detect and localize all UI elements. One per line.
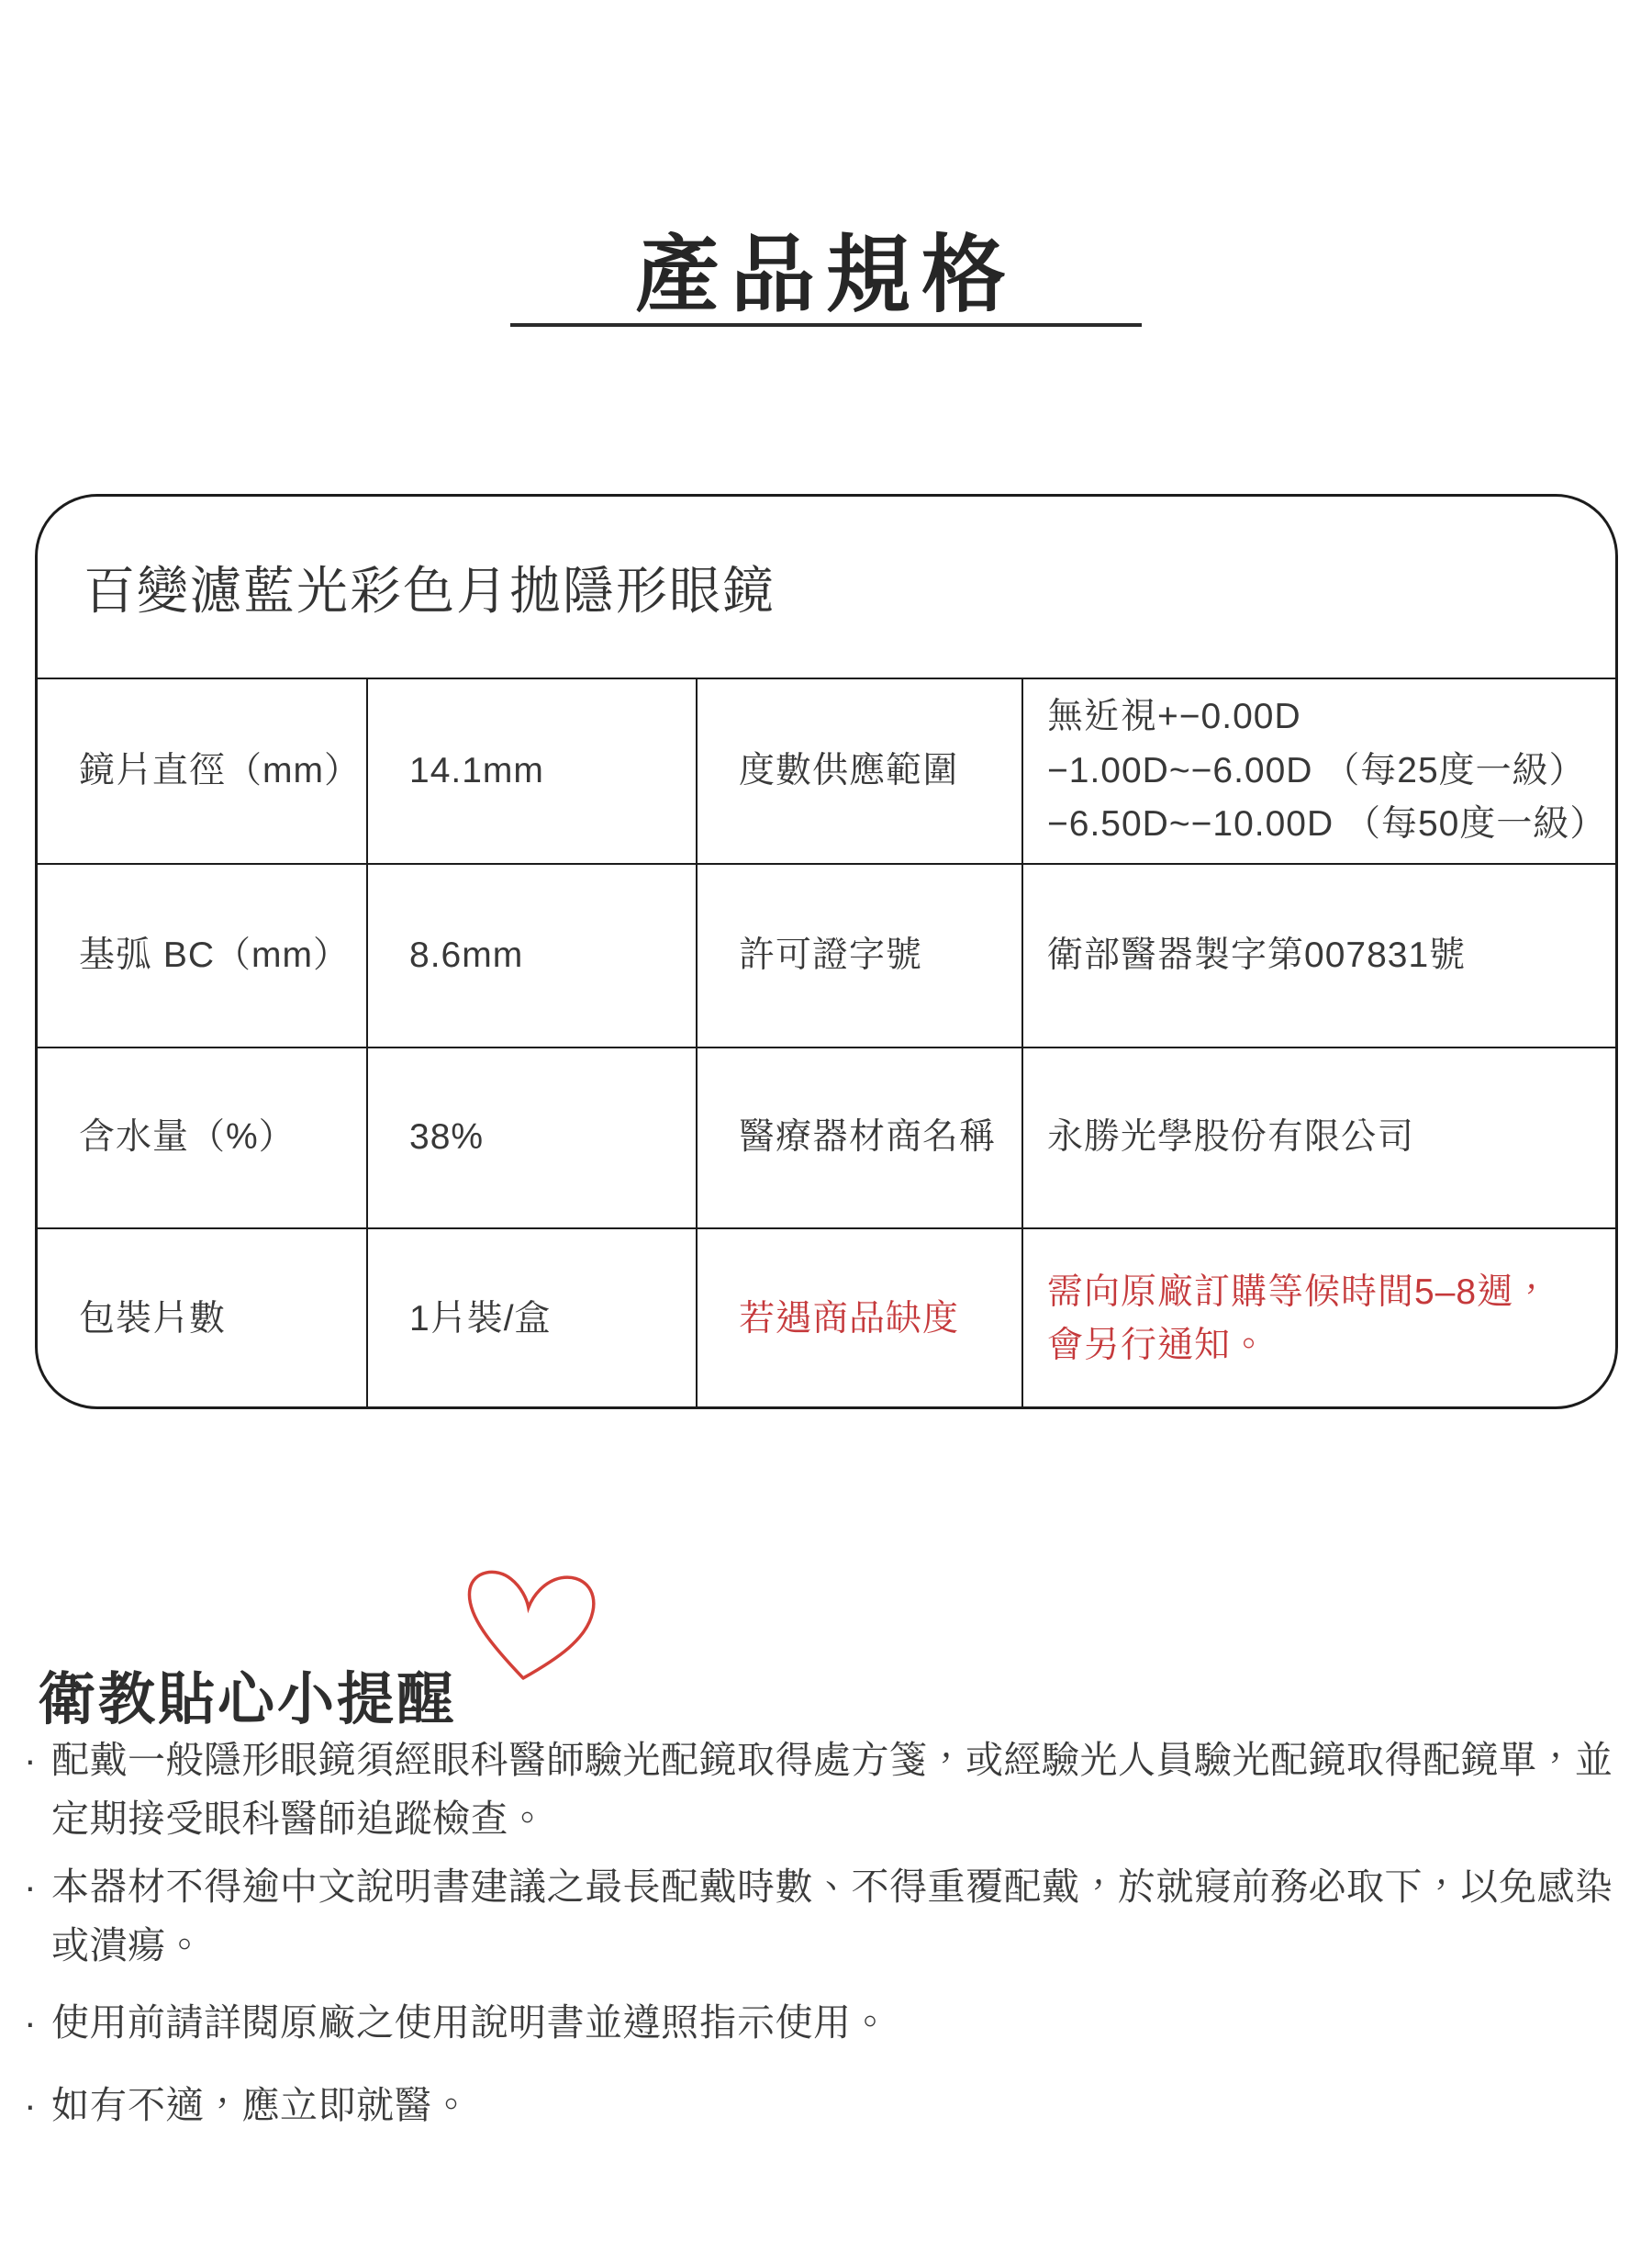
note-item: · 如有不適，應立即就醫。 xyxy=(24,2077,1639,2135)
note-text: 本器材不得逾中文說明書建議之最長配戴時數、不得重覆配戴，於就寢前務必取下，以免感… xyxy=(51,1858,1639,1975)
note-item: · 本器材不得逾中文說明書建議之最長配戴時數、不得重覆配戴，於就寢前務必取下，以… xyxy=(24,1858,1639,1975)
heart-outline-icon xyxy=(444,1556,610,1696)
spec-label-base-curve: 基弧 BC（mm） xyxy=(38,863,366,1047)
spec-label-license-no: 許可證字號 xyxy=(696,863,1021,1047)
spec-table: 百變濾藍光彩色月拋隱形眼鏡 鏡片直徑（mm） 14.1mm 度數供應範圍 無近視… xyxy=(35,494,1618,1409)
note-item: · 使用前請詳閱原廠之使用說明書並遵照指示使用。 xyxy=(24,1994,1639,2053)
note-text: 配戴一般隱形眼鏡須經眼科醫師驗光配鏡取得處方箋，或經驗光人員驗光配鏡取得配鏡單，… xyxy=(51,1731,1639,1848)
product-spec-page: 產品規格 百變濾藍光彩色月拋隱形眼鏡 鏡片直徑（mm） 14.1mm 度數供應範… xyxy=(0,0,1652,2263)
spec-label-diameter: 鏡片直徑（mm） xyxy=(38,678,366,863)
bullet-dot: · xyxy=(24,1731,51,1790)
spec-value-water-content: 38% xyxy=(366,1047,696,1227)
power-range-line: −1.00D~−6.00D （每25度一級） xyxy=(1047,745,1597,799)
spec-label-power-range: 度數供應範圍 xyxy=(696,678,1021,863)
out-of-stock-line: 需向原廠訂購等候時間5–8週， xyxy=(1047,1266,1597,1320)
power-range-line: −6.50D~−10.00D （每50度一級） xyxy=(1047,798,1597,852)
spec-value-pack-count: 1片裝/盒 xyxy=(366,1227,696,1409)
power-range-line: 無近視+−0.00D xyxy=(1047,690,1597,745)
spec-label-pack-count: 包裝片數 xyxy=(38,1227,366,1409)
spec-label-water-content: 含水量（%） xyxy=(38,1047,366,1227)
spec-label-vendor-name: 醫療器材商名稱 xyxy=(696,1047,1021,1227)
spec-grid: 鏡片直徑（mm） 14.1mm 度數供應範圍 無近視+−0.00D −1.00D… xyxy=(38,678,1615,1409)
spec-value-vendor-name: 永勝光學股份有限公司 xyxy=(1021,1047,1615,1227)
spec-value-license-no: 衛部醫器製字第007831號 xyxy=(1021,863,1615,1047)
note-text: 使用前請詳閱原廠之使用說明書並遵照指示使用。 xyxy=(51,1994,1639,2053)
spec-label-out-of-stock: 若遇商品缺度 xyxy=(696,1227,1021,1409)
bullet-dot: · xyxy=(24,2077,51,2135)
note-item: · 配戴一般隱形眼鏡須經眼科醫師驗光配鏡取得處方箋，或經驗光人員驗光配鏡取得配鏡… xyxy=(24,1731,1639,1848)
title-underline xyxy=(510,323,1142,327)
out-of-stock-line: 會另行通知。 xyxy=(1047,1319,1597,1373)
product-name-header: 百變濾藍光彩色月拋隱形眼鏡 xyxy=(38,497,1615,678)
spec-value-out-of-stock: 需向原廠訂購等候時間5–8週， 會另行通知。 xyxy=(1021,1227,1615,1409)
license-no-line: 衛部醫器製字第007831號 xyxy=(1047,929,1597,983)
spec-value-power-range: 無近視+−0.00D −1.00D~−6.00D （每25度一級） −6.50D… xyxy=(1021,678,1615,863)
page-title: 產品規格 xyxy=(0,230,1652,322)
note-text: 如有不適，應立即就醫。 xyxy=(51,2077,1639,2135)
spec-value-diameter: 14.1mm xyxy=(366,678,696,863)
notes-section-title: 衛教貼心小提醒 xyxy=(39,1653,456,1735)
vendor-name-line: 永勝光學股份有限公司 xyxy=(1047,1111,1597,1165)
bullet-dot: · xyxy=(24,1994,51,2053)
spec-value-base-curve: 8.6mm xyxy=(366,863,696,1047)
bullet-dot: · xyxy=(24,1858,51,1917)
